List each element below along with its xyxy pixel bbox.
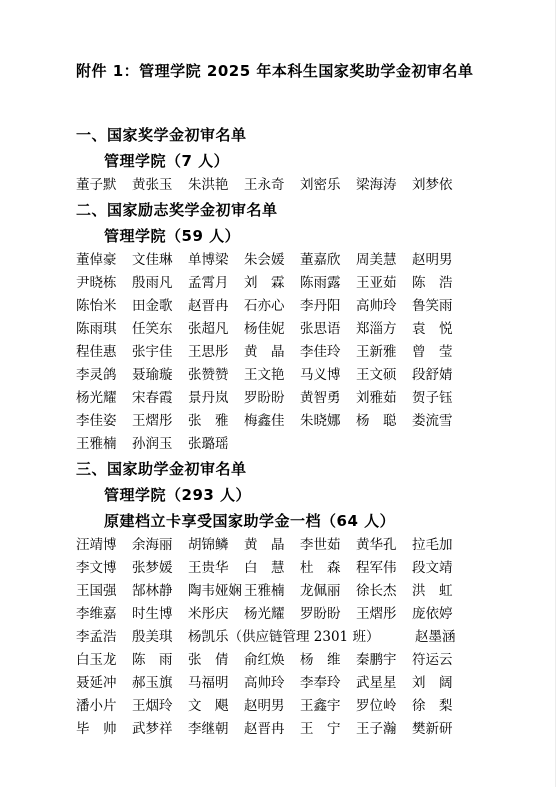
student-name: 袁 悦 [412, 318, 454, 341]
student-name: 王 宁 [300, 718, 342, 741]
name-row: 聂延冲郝玉旗马福明高帅玲李奉玲武星星刘 阔 [76, 672, 457, 695]
student-name: 董嘉欣 [300, 249, 342, 272]
student-name: 杨凯乐（供应链管理 2301 班） [188, 626, 379, 649]
student-name: 白 慧 [244, 557, 286, 580]
student-name: 周美慧 [356, 249, 398, 272]
student-name: 曾 莹 [412, 341, 454, 364]
student-name: 娄流雪 [412, 410, 454, 433]
student-name: 任笑东 [132, 318, 174, 341]
name-row: 陈怡米田金歌赵晋冉石亦心李丹阳高帅玲鲁笑雨 [76, 295, 457, 318]
student-name: 单博梁 [188, 249, 230, 272]
section-subheading: 管理学院（59 人） [104, 223, 457, 249]
student-name: 景丹岚 [188, 387, 230, 410]
student-name: 陈 浩 [412, 272, 454, 295]
student-name: 聂延冲 [76, 672, 118, 695]
student-name: 程军伟 [356, 557, 398, 580]
student-name: 黄 晶 [244, 341, 286, 364]
sections-container: 一、国家奖学金初审名单管理学院（7 人）董子默黄张玉朱洪艳王永奇刘密乐梁海涛刘梦… [76, 122, 457, 741]
student-name: 刘雅茹 [356, 387, 398, 410]
student-name: 赵晋冉 [188, 295, 230, 318]
section: 一、国家奖学金初审名单管理学院（7 人）董子默黄张玉朱洪艳王永奇刘密乐梁海涛刘梦… [76, 122, 457, 197]
student-name: 陈 雨 [132, 649, 174, 672]
student-name: 刘梦依 [412, 174, 454, 197]
name-row: 董子默黄张玉朱洪艳王永奇刘密乐梁海涛刘梦依 [76, 174, 457, 197]
student-name: 段舒婧 [412, 364, 454, 387]
name-row: 李灵鸽聂瑜璇张赞赞王文艳马义博王文硕段舒婧 [76, 364, 457, 387]
student-name: 董倬豪 [76, 249, 118, 272]
document-page: 附件 1：管理学院 2025 年本科生国家奖助学金初审名单 一、国家奖学金初审名… [0, 0, 556, 787]
student-name: 李灵鸽 [76, 364, 118, 387]
student-name: 梁海涛 [356, 174, 398, 197]
student-name: 武星星 [356, 672, 398, 695]
student-name: 朱洪艳 [188, 174, 230, 197]
student-name: 杨 聪 [356, 410, 398, 433]
student-name: 郑淄方 [356, 318, 398, 341]
name-row: 李孟浩殷美琪杨凯乐（供应链管理 2301 班）赵墨涵 [76, 626, 457, 649]
attachment-title: 附件 1：管理学院 2025 年本科生国家奖助学金初审名单 [76, 60, 457, 82]
student-name: 梅鑫佳 [244, 410, 286, 433]
student-name: 拉毛加 [412, 534, 454, 557]
student-name: 余海丽 [132, 534, 174, 557]
student-name: 鲁笑雨 [412, 295, 454, 318]
student-name: 杨光耀 [76, 387, 118, 410]
name-row: 潘小片王烟玲文 飓赵明男王鑫宇罗位岭徐 梨 [76, 695, 457, 718]
student-name: 庞依婷 [412, 603, 454, 626]
student-name: 孙润玉 [132, 433, 174, 456]
student-name: 陶韦娅娴 [188, 580, 244, 603]
student-name: 孟霄月 [188, 272, 230, 295]
student-name: 王文硕 [356, 364, 398, 387]
student-name: 高帅玲 [356, 295, 398, 318]
student-name: 赵晋冉 [244, 718, 286, 741]
student-name: 俞红焕 [244, 649, 286, 672]
student-name: 王子瀚 [356, 718, 398, 741]
student-name: 张超凡 [188, 318, 230, 341]
student-name: 陈怡米 [76, 295, 118, 318]
student-name: 赵明男 [412, 249, 454, 272]
student-name: 李文博 [76, 557, 118, 580]
student-name: 李继朝 [188, 718, 230, 741]
section: 二、国家励志奖学金初审名单管理学院（59 人）董倬豪文佳琳单博梁朱会媛董嘉欣周美… [76, 197, 457, 456]
name-row: 李文博张梦媛王贵华白 慧杜 森程军伟段文靖 [76, 557, 457, 580]
student-name: 王亚茹 [356, 272, 398, 295]
section: 三、国家助学金初审名单管理学院（293 人）原建档立卡享受国家助学金一档（64 … [76, 456, 457, 741]
student-name: 高帅玲 [244, 672, 286, 695]
student-name: 黄智勇 [300, 387, 342, 410]
student-name: 毕 帅 [76, 718, 118, 741]
student-name: 赵明男 [244, 695, 286, 718]
student-name: 杨光耀 [244, 603, 286, 626]
student-name: 李佳玲 [300, 341, 342, 364]
student-name: 李世茹 [300, 534, 342, 557]
student-name: 徐 梨 [412, 695, 454, 718]
student-name: 田金歌 [132, 295, 174, 318]
student-name: 李佳姿 [76, 410, 118, 433]
name-row: 白玉龙陈 雨张 倩俞红焕杨 维秦鹏宇符运云 [76, 649, 457, 672]
student-name: 张璐瑶 [188, 433, 230, 456]
student-name: 刘密乐 [300, 174, 342, 197]
name-row: 毕 帅武梦祥李继朝赵晋冉王 宁王子瀚樊新研 [76, 718, 457, 741]
student-name: 张 雅 [188, 410, 230, 433]
student-name: 刘 霖 [244, 272, 286, 295]
student-name: 洪 虹 [412, 580, 454, 603]
student-name: 王永奇 [244, 174, 286, 197]
student-name: 武梦祥 [132, 718, 174, 741]
name-row: 王雅楠孙润玉张璐瑶 [76, 433, 457, 456]
student-name: 秦鹏宇 [356, 649, 398, 672]
student-name: 郝玉旗 [132, 672, 174, 695]
section-subheading: 原建档立卡享受国家助学金一档（64 人） [104, 508, 457, 534]
student-name: 殷美琪 [132, 626, 174, 649]
section-heading: 三、国家助学金初审名单 [76, 456, 457, 482]
student-name: 石亦心 [244, 295, 286, 318]
name-row: 汪靖博余海丽胡锦鳞黄 晶李世茹黄华孔拉毛加 [76, 534, 457, 557]
student-name: 马义博 [300, 364, 342, 387]
student-name: 黄华孔 [356, 534, 398, 557]
student-name: 王熠彤 [132, 410, 174, 433]
student-name: 杨佳妮 [244, 318, 286, 341]
student-name: 李孟浩 [76, 626, 118, 649]
student-name: 程佳惠 [76, 341, 118, 364]
student-name: 张 倩 [188, 649, 230, 672]
section-subheading: 管理学院（293 人） [104, 482, 457, 508]
student-name: 董子默 [76, 174, 118, 197]
name-row: 李维嘉时生博米彤庆杨光耀罗盼盼王熠彤庞依婷 [76, 603, 457, 626]
student-name: 朱晓娜 [300, 410, 342, 433]
student-name: 张赞赞 [188, 364, 230, 387]
student-name: 李奉玲 [300, 672, 342, 695]
student-name: 殷雨凡 [132, 272, 174, 295]
student-name: 罗盼盼 [300, 603, 342, 626]
student-name: 胡锦鳞 [188, 534, 230, 557]
student-name: 王新雅 [356, 341, 398, 364]
student-name: 黄张玉 [132, 174, 174, 197]
student-name: 刘 阔 [412, 672, 454, 695]
section-heading: 二、国家励志奖学金初审名单 [76, 197, 457, 223]
student-name: 郜林静 [132, 580, 174, 603]
student-name: 赵墨涵 [415, 626, 457, 649]
student-name: 潘小片 [76, 695, 118, 718]
student-name: 徐长杰 [356, 580, 398, 603]
student-name: 王鑫宇 [300, 695, 342, 718]
student-name: 张宇佳 [132, 341, 174, 364]
name-row: 尹晓栋殷雨凡孟霄月刘 霖陈雨露王亚茹陈 浩 [76, 272, 457, 295]
name-row: 李佳姿王熠彤张 雅梅鑫佳朱晓娜杨 聪娄流雪 [76, 410, 457, 433]
student-name: 王熠彤 [356, 603, 398, 626]
student-name: 文 飓 [188, 695, 230, 718]
name-row: 陈雨琪任笑东张超凡杨佳妮张思语郑淄方袁 悦 [76, 318, 457, 341]
student-name: 贺子钰 [412, 387, 454, 410]
section-subheading: 管理学院（7 人） [104, 148, 457, 174]
student-name: 段文靖 [412, 557, 454, 580]
name-row: 王国强郜林静陶韦娅娴王雅楠龙佩丽徐长杰洪 虹 [76, 580, 457, 603]
student-name: 陈雨琪 [76, 318, 118, 341]
student-name: 陈雨露 [300, 272, 342, 295]
student-name: 杨 维 [300, 649, 342, 672]
student-name: 龙佩丽 [300, 580, 342, 603]
section-heading: 一、国家奖学金初审名单 [76, 122, 457, 148]
student-name: 王国强 [76, 580, 118, 603]
student-name: 白玉龙 [76, 649, 118, 672]
student-name: 王思彤 [188, 341, 230, 364]
student-name: 朱会媛 [244, 249, 286, 272]
name-row: 程佳惠张宇佳王思彤黄 晶李佳玲王新雅曾 莹 [76, 341, 457, 364]
student-name: 李维嘉 [76, 603, 118, 626]
student-name: 宋春霞 [132, 387, 174, 410]
student-name: 杜 森 [300, 557, 342, 580]
student-name: 樊新研 [412, 718, 454, 741]
student-name: 张思语 [300, 318, 342, 341]
student-name: 王文艳 [244, 364, 286, 387]
student-name: 聂瑜璇 [132, 364, 174, 387]
student-name: 米彤庆 [188, 603, 230, 626]
name-row: 董倬豪文佳琳单博梁朱会媛董嘉欣周美慧赵明男 [76, 249, 457, 272]
student-name: 时生博 [132, 603, 174, 626]
student-name: 王贵华 [188, 557, 230, 580]
student-name: 张梦媛 [132, 557, 174, 580]
student-name: 马福明 [188, 672, 230, 695]
student-name: 罗盼盼 [244, 387, 286, 410]
student-name: 李丹阳 [300, 295, 342, 318]
student-name: 罗位岭 [356, 695, 398, 718]
student-name: 尹晓栋 [76, 272, 118, 295]
student-name: 汪靖博 [76, 534, 118, 557]
student-name: 黄 晶 [244, 534, 286, 557]
student-name: 文佳琳 [132, 249, 174, 272]
student-name: 王烟玲 [132, 695, 174, 718]
student-name: 王雅楠 [76, 433, 118, 456]
student-name: 符运云 [412, 649, 454, 672]
name-row: 杨光耀宋春霞景丹岚罗盼盼黄智勇刘雅茹贺子钰 [76, 387, 457, 410]
student-name: 王雅楠 [244, 580, 286, 603]
